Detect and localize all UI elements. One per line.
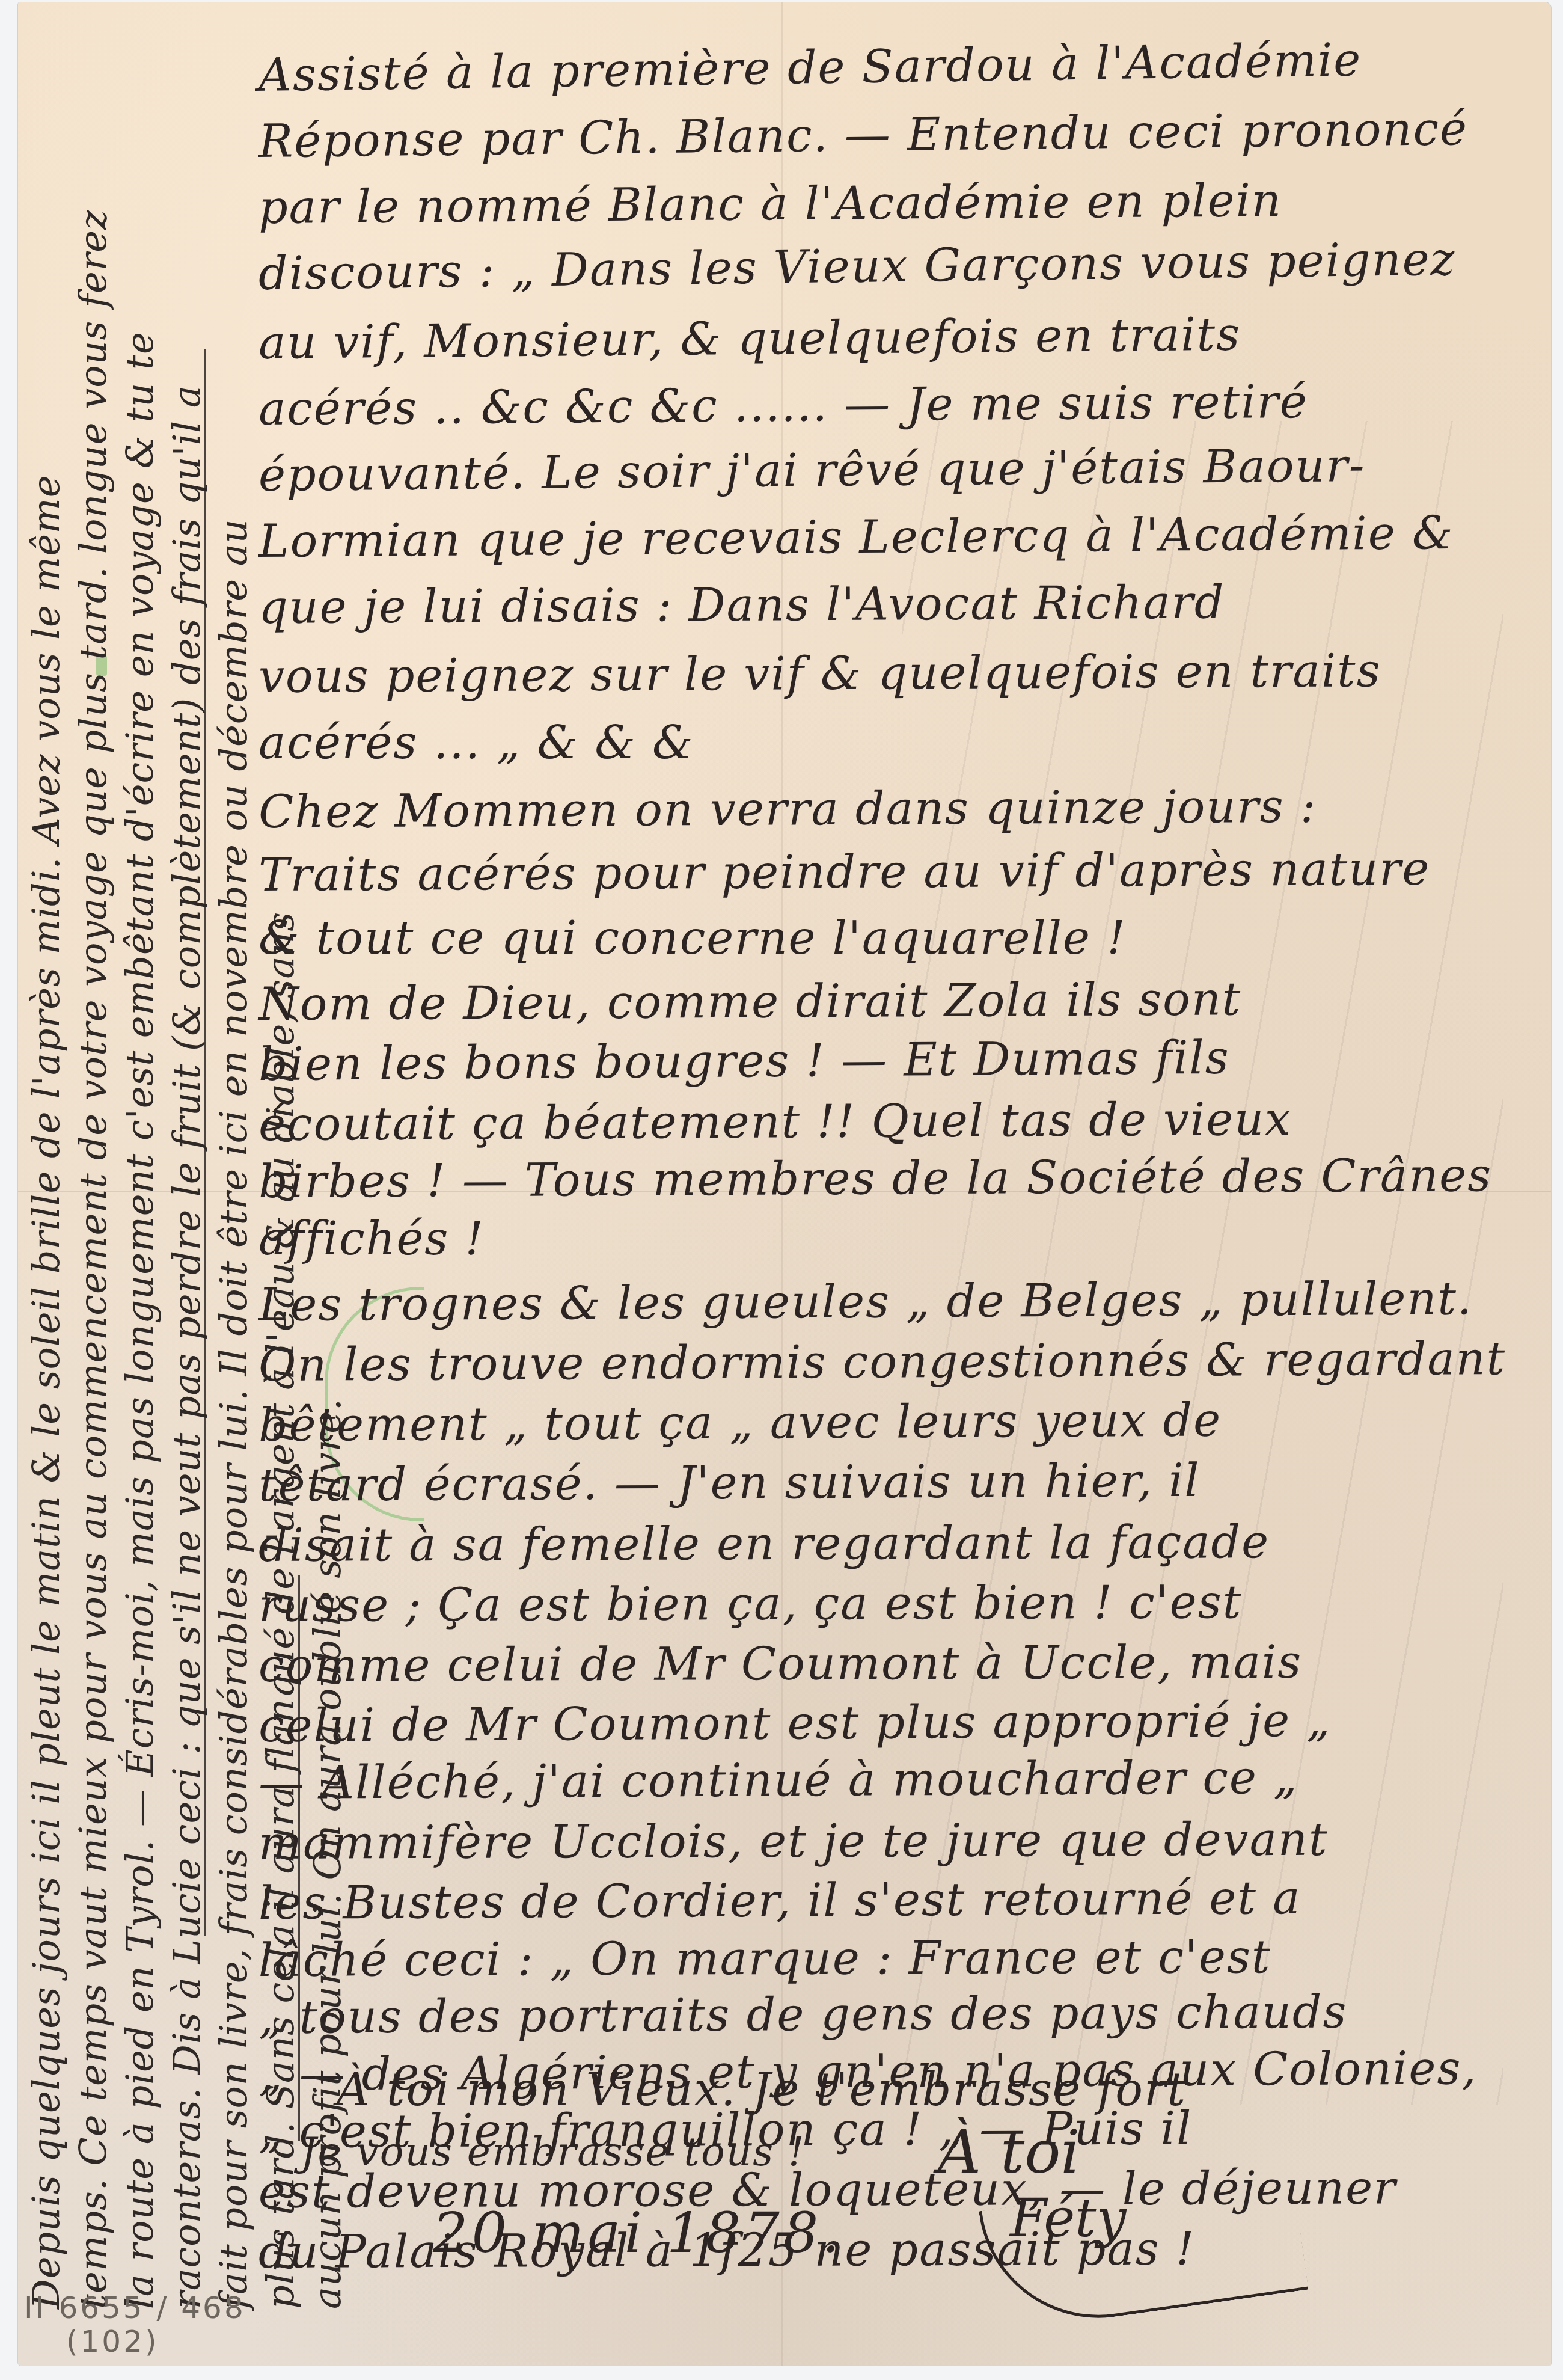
- body-line: lâché ceci : „ On marque : France et c'e…: [258, 1930, 1271, 1987]
- archive-reference: II 6655 / 468 (102): [24, 2291, 246, 2358]
- letter-date: 20 mai 1878.: [433, 2201, 843, 2265]
- margin-underline-rule: [298, 1575, 300, 2141]
- body-line: On les trouve endormis congestionnés & r…: [258, 1331, 1506, 1391]
- closing-line: À toi mon Vieux. Je t'embrasse fort: [337, 2063, 1187, 2116]
- body-line: — Alléché, j'ai continué à moucharder ce…: [258, 1750, 1298, 1809]
- margin-postscript: Depuis quelques jours ici il pleut le ma…: [24, 96, 361, 2380]
- margin-underline-rule: [204, 349, 206, 1936]
- margin-line: fait pour son livre, frais considérables…: [212, 518, 255, 2309]
- margin-line: la route à pied en Tyrol. — Écris-moi, m…: [118, 331, 162, 2309]
- body-line: vous peignez sur le vif & quelquefois en…: [258, 643, 1381, 703]
- body-line: celui de Mr Coumont est plus approprié j…: [258, 1693, 1332, 1752]
- archive-number: II 6655 / 468: [24, 2290, 246, 2325]
- body-line: russe ; Ça est bien ça, ça est bien ! c'…: [258, 1575, 1242, 1632]
- body-line: & tout ce qui concerne l'aquarelle !: [258, 911, 1127, 965]
- body-line: que je lui disais : Dans l'Avocat Richar…: [258, 575, 1225, 634]
- body-line: disait à sa femelle en regardant la faça…: [258, 1515, 1270, 1572]
- body-line: têtard écrasé. — J'en suivais un hier, i…: [258, 1453, 1201, 1512]
- body-line: au vif, Monsieur, & quelquefois en trait…: [258, 307, 1241, 369]
- body-line: Traits acérés pour peindre au vif d'aprè…: [258, 842, 1431, 901]
- body-line: par le nommé Blanc à l'Académie en plein: [258, 173, 1282, 234]
- margin-line: Depuis quelques jours ici il pleut le ma…: [24, 475, 68, 2309]
- body-line: acérés .. &c &c &c ...... — Je me suis r…: [258, 375, 1308, 435]
- body-line: Nom de Dieu, comme dirait Zola ils sont: [258, 972, 1242, 1031]
- closing-line: Je vous embrasse tous !: [301, 2129, 806, 2175]
- body-line: épouvanté. Le soir j'ai rêvé que j'étais…: [258, 438, 1366, 501]
- margin-line: raconteras. Dis à Lucie ceci : que s'il …: [165, 385, 209, 2309]
- margin-line: temps. Ce temps vaut mieux pour vous au …: [71, 209, 115, 2309]
- body-line: birbes ! — Tous membres de la Société de…: [258, 1148, 1493, 1208]
- valediction: À toi: [938, 2117, 1080, 2187]
- body-line: bêtement „ tout ça „ avec leurs yeux de: [258, 1393, 1222, 1452]
- body-line: comme celui de Mr Coumont à Uccle, mais: [258, 1635, 1303, 1692]
- body-line: les Bustes de Cordier, il s'est retourné…: [258, 1871, 1301, 1930]
- body-line: Chez Mommen on verra dans quinze jours :: [258, 779, 1317, 838]
- body-line: bien les bons bougres ! — Et Dumas fils: [258, 1031, 1230, 1091]
- body-line: Lormian que je recevais Leclercq à l'Aca…: [258, 506, 1454, 568]
- body-line: écoutait ça béatement !! Quel tas de vie…: [258, 1092, 1292, 1151]
- margin-line: aucun profit pour lui. On aura oublié so…: [305, 1398, 349, 2309]
- body-line: mammifère Ucclois, et je te jure que dev…: [258, 1812, 1329, 1869]
- body-line: Les trognes & les gueules „ de Belges „ …: [258, 1271, 1473, 1331]
- margin-line: plus tard. Sans cela il aura flanqué de …: [258, 912, 302, 2309]
- body-line: „ tous des portraits de gens des pays ch…: [258, 1985, 1348, 2044]
- archive-subnumber: (102): [24, 2325, 246, 2358]
